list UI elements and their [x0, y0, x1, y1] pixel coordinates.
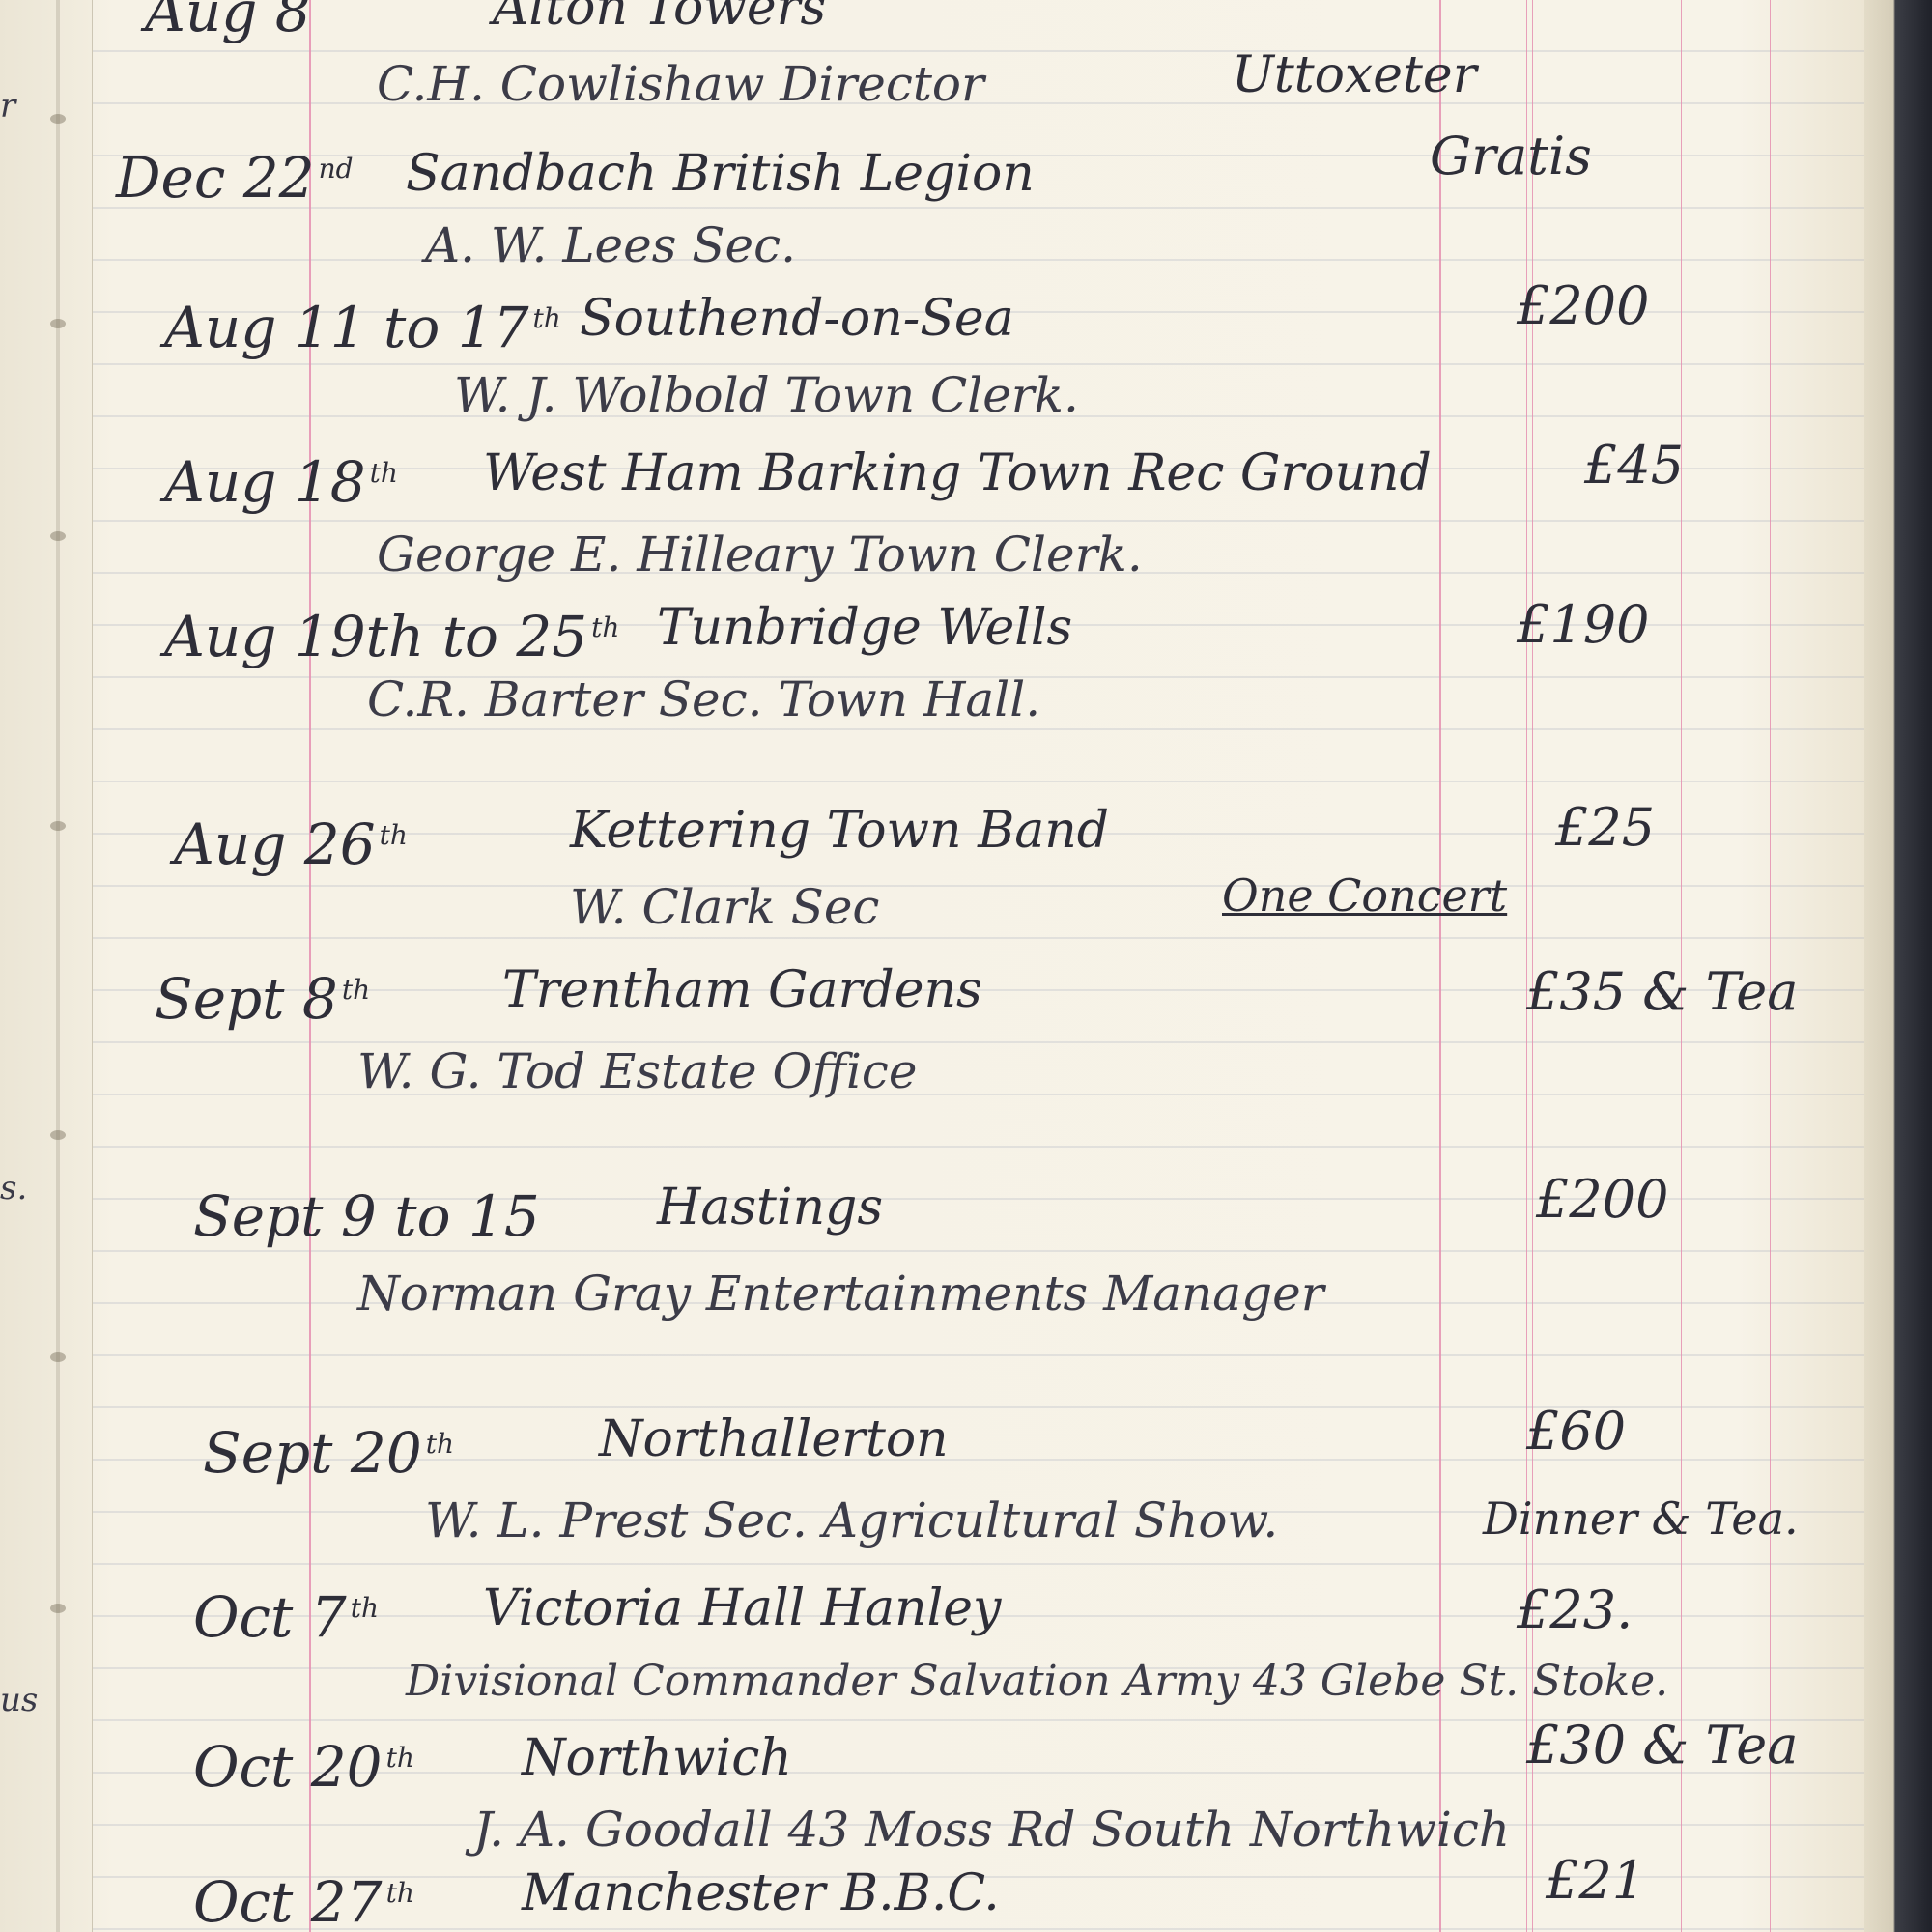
entry-contact: C.H. Cowlishaw Director — [377, 56, 984, 112]
entry-fee: £25 — [1555, 797, 1655, 858]
entry-venue: Trentham Gardens — [502, 961, 982, 1019]
binding-stitch — [50, 114, 66, 124]
entry-date: Oct 7th — [193, 1584, 379, 1650]
entry-contact: W. G. Tod Estate Office — [357, 1043, 918, 1099]
entry-venue: Manchester B.B.C. — [522, 1864, 1000, 1922]
margin-fragment: s. — [0, 1169, 27, 1207]
column-rule — [1439, 0, 1441, 1932]
entry-venue: Hastings — [657, 1179, 883, 1236]
entry-note: One Concert — [1222, 869, 1507, 922]
entry-contact: W. J. Wolbold Town Clerk. — [454, 367, 1079, 423]
entry-date: Dec 22nd — [116, 145, 354, 211]
entry-date: Sept 9 to 15 — [193, 1183, 540, 1249]
entry-contact: W. L. Prest Sec. Agricultural Show. — [425, 1492, 1278, 1548]
margin-fragment: r — [0, 87, 15, 126]
entry-venue: Tunbridge Wells — [657, 599, 1072, 657]
entry-fee-note: Dinner & Tea. — [1483, 1492, 1799, 1545]
ledger-page: r s. us Aug 8 Alton Towers C.H. Cowlisha… — [0, 0, 1932, 1932]
entry-location: Uttoxeter — [1232, 46, 1477, 104]
entry-fee: £190 — [1517, 594, 1649, 655]
entry-date: Aug 18th — [164, 449, 398, 515]
binding-stitch — [50, 319, 66, 328]
page-gutter-fold — [56, 0, 60, 1932]
binding-stitch — [50, 531, 66, 541]
entry-venue: Kettering Town Band — [570, 802, 1109, 860]
entry-date: Aug 19th to 25th — [164, 604, 619, 669]
entry-date: Aug 8 — [145, 0, 311, 44]
margin-fragment: us — [0, 1681, 38, 1719]
binding-stitch — [50, 821, 66, 831]
entry-venue: Northallerton — [599, 1410, 949, 1468]
entry-venue: Northwich — [522, 1729, 792, 1787]
entry-contact: A. W. Lees Sec. — [425, 217, 796, 273]
entry-contact: J. A. Goodall 43 Moss Rd South Northwich — [473, 1802, 1510, 1858]
entry-fee: £35 & Tea — [1526, 961, 1798, 1022]
entry-contact: Norman Gray Entertainments Manager — [357, 1265, 1324, 1321]
entry-date: Oct 27th — [193, 1869, 414, 1932]
entry-venue: Southend-on-Sea — [580, 290, 1014, 348]
entry-date: Sept 8th — [155, 966, 370, 1032]
entry-contact: W. Clark Sec — [570, 879, 879, 935]
entry-contact: Divisional Commander Salvation Army 43 G… — [406, 1657, 1668, 1706]
binding-stitch — [50, 1604, 66, 1613]
facing-page-edge — [0, 0, 93, 1932]
entry-date: Aug 26th — [174, 811, 408, 877]
book-binding — [1864, 0, 1932, 1932]
entry-venue: West Ham Barking Town Rec Ground — [483, 444, 1432, 502]
entry-fee: £21 — [1546, 1850, 1645, 1911]
entry-venue: Sandbach British Legion — [406, 145, 1035, 203]
entry-fee: £60 — [1526, 1401, 1626, 1462]
binding-stitch — [50, 1130, 66, 1140]
entry-date: Aug 11 to 17th — [164, 295, 561, 360]
entry-contact: George E. Hilleary Town Clerk. — [377, 526, 1143, 582]
binding-stitch — [50, 1352, 66, 1362]
entry-fee: £23. — [1517, 1579, 1633, 1640]
entry-fee: Gratis — [1430, 126, 1592, 186]
entry-date: Sept 20th — [203, 1420, 454, 1486]
entry-fee: £45 — [1584, 435, 1684, 496]
entry-contact: C.R. Barter Sec. Town Hall. — [367, 671, 1040, 727]
entry-venue: Victoria Hall Hanley — [483, 1579, 1001, 1637]
entry-date: Oct 20th — [193, 1734, 414, 1800]
entry-fee: £30 & Tea — [1526, 1715, 1798, 1776]
entry-fee: £200 — [1517, 275, 1649, 336]
entry-fee: £200 — [1536, 1169, 1668, 1230]
entry-venue: Alton Towers — [493, 0, 826, 37]
